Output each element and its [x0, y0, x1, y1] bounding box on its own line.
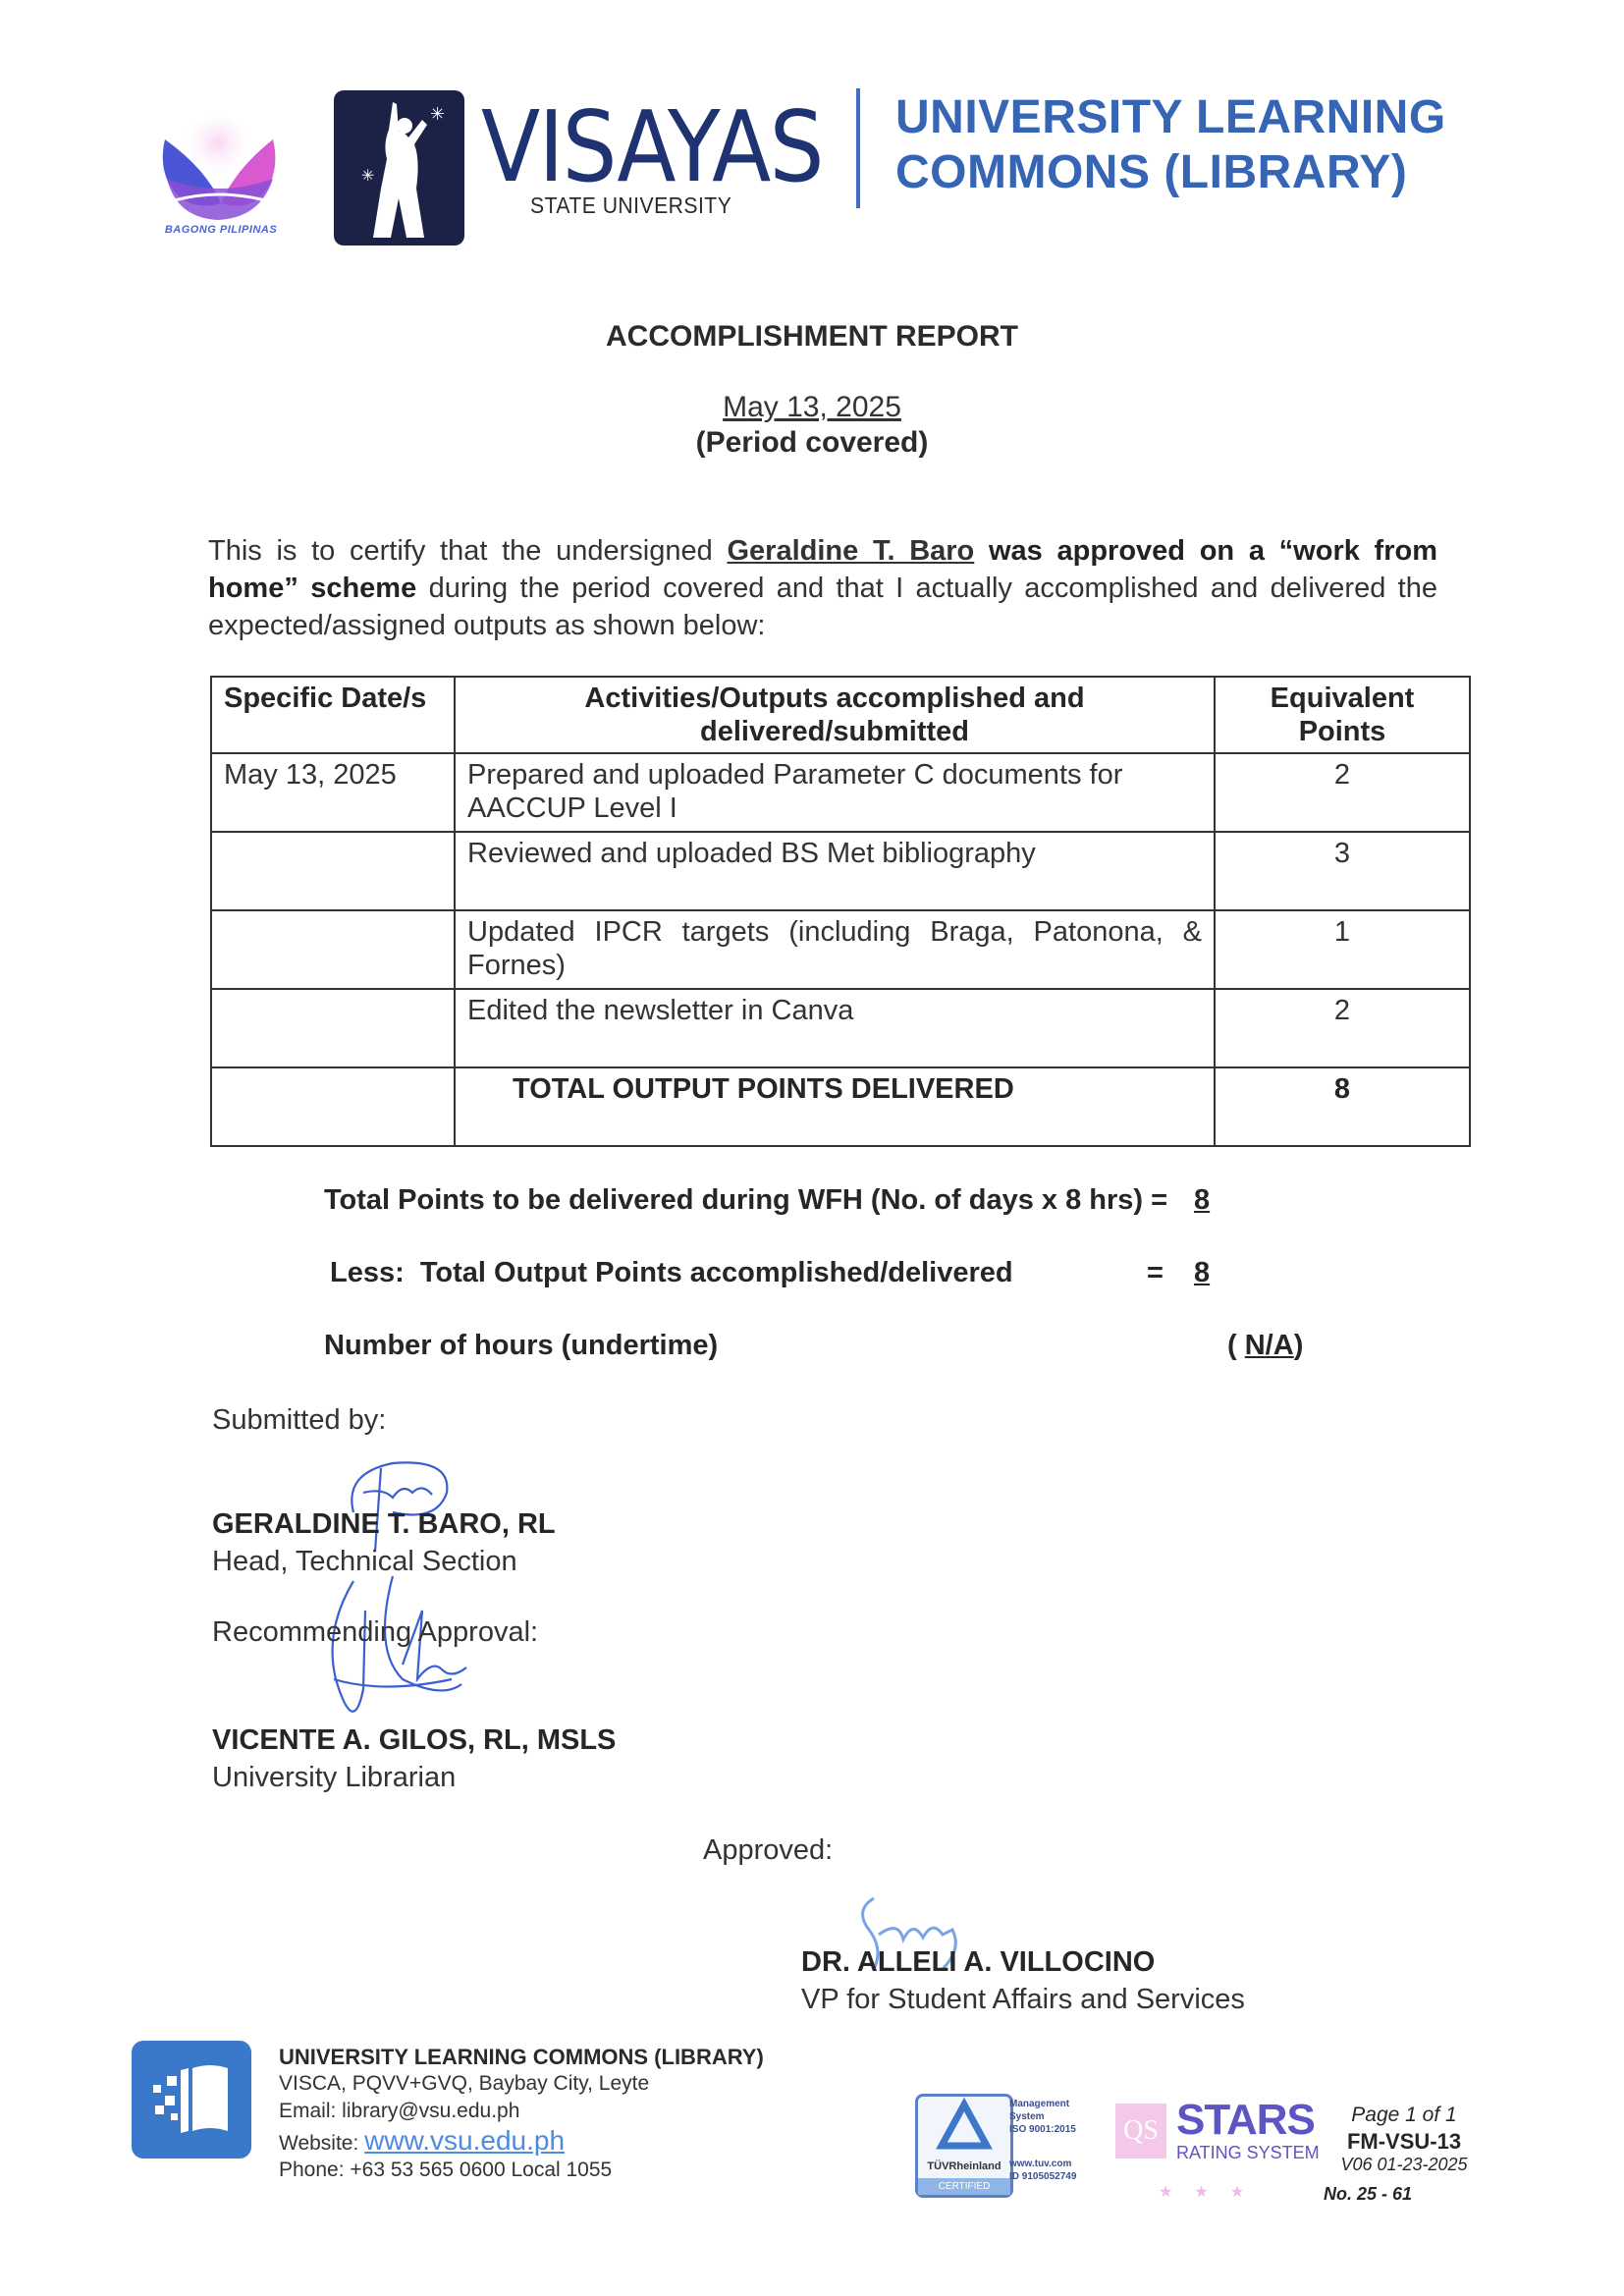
points-to-deliver-value: 8: [1194, 1184, 1210, 1217]
certification-paragraph: This is to certify that the undersigned …: [208, 532, 1437, 644]
approver-name: DR. ALLELI A. VILLOCINO: [801, 1946, 1155, 1979]
row-date: [211, 910, 455, 989]
row-date: [211, 989, 455, 1067]
university-name: VISAYAS: [481, 98, 823, 196]
header-date: Specific Date/s: [211, 677, 455, 753]
footer-office-name: UNIVERSITY LEARNING COMMONS (LIBRARY): [279, 2045, 764, 2070]
row-activity: Reviewed and uploaded BS Met bibliograph…: [455, 832, 1215, 910]
tuv-line: Management: [1009, 2098, 1076, 2110]
tuv-line: www.tuv.com: [1009, 2158, 1076, 2170]
total-points: 8: [1215, 1067, 1470, 1146]
office-title: UNIVERSITY LEARNING COMMONS (LIBRARY): [895, 90, 1446, 200]
tuv-certified: CERTIFIED: [918, 2178, 1010, 2195]
row-points: 1: [1215, 910, 1470, 989]
qs-logo-text: QS: [1115, 2104, 1166, 2159]
submitted-by-label: Submitted by:: [212, 1404, 386, 1437]
footer-phone: Phone: +63 53 565 0600 Local 1055: [279, 2159, 612, 2182]
svg-text:✳: ✳: [430, 104, 445, 125]
tuv-details: Management System ISO 9001:2015 www.tuv.…: [1009, 2098, 1076, 2183]
points-delivered-value: 8: [1194, 1257, 1210, 1289]
report-title: ACCOMPLISHMENT REPORT: [0, 320, 1624, 354]
undertime-label: Number of hours (undertime): [324, 1330, 718, 1362]
recommender-title: University Librarian: [212, 1762, 456, 1794]
undertime-paren-close: ): [1294, 1330, 1304, 1361]
tuv-line: ID 9105052749: [1009, 2170, 1076, 2183]
table-total-row: TOTAL OUTPUT POINTS DELIVERED 8: [211, 1067, 1470, 1146]
footer-website-link[interactable]: www.vsu.edu.ph: [364, 2125, 565, 2156]
row-activity: Prepared and uploaded Parameter C docume…: [455, 753, 1215, 832]
table-row: May 13, 2025 Prepared and uploaded Param…: [211, 753, 1470, 832]
qs-star-rating-icon: ★★★: [1159, 2182, 1266, 2202]
recommender-name: VICENTE A. GILOS, RL, MSLS: [212, 1724, 616, 1757]
period-label: (Period covered): [0, 426, 1624, 460]
recommender-signature-icon: [295, 1571, 491, 1748]
qs-logo-icon: QS: [1115, 2104, 1166, 2159]
table-row: Reviewed and uploaded BS Met bibliograph…: [211, 832, 1470, 910]
tuv-brand: TÜVRheinland: [918, 2160, 1010, 2172]
approved-label: Approved:: [703, 1834, 833, 1867]
library-logo-icon: [132, 2041, 251, 2159]
accomplishment-table: Specific Date/s Activities/Outputs accom…: [210, 676, 1471, 1147]
row-points: 3: [1215, 832, 1470, 910]
table-header-row: Specific Date/s Activities/Outputs accom…: [211, 677, 1470, 753]
recommending-approval-label: Recommending Approval:: [212, 1616, 538, 1649]
points-delivered-equals: =: [1147, 1257, 1164, 1289]
intro-text: This is to certify that the undersigned: [208, 535, 727, 567]
office-title-line2: COMMONS (LIBRARY): [895, 145, 1446, 200]
office-title-line1: UNIVERSITY LEARNING: [895, 90, 1446, 145]
period-date-value: May 13, 2025: [723, 391, 901, 423]
bagong-pilipinas-label: BAGONG PILIPINAS: [137, 224, 304, 236]
period-date: May 13, 2025: [0, 391, 1624, 424]
undertime-paren-open: (: [1227, 1330, 1237, 1361]
svg-text:✳: ✳: [361, 166, 374, 185]
document-number: No. 25 - 61: [1324, 2184, 1412, 2205]
form-version: V06 01-23-2025: [1316, 2155, 1492, 2175]
row-points: 2: [1215, 989, 1470, 1067]
footer-address: VISCA, PQVV+GVQ, Baybay City, Leyte: [279, 2072, 649, 2096]
footer-website: Website: www.vsu.edu.ph: [279, 2125, 565, 2157]
row-activity: Edited the newsletter in Canva: [455, 989, 1215, 1067]
undertime-field: ( N/A): [1227, 1330, 1303, 1362]
qs-rating-system: RATING SYSTEM: [1176, 2143, 1320, 2163]
tuv-line: ISO 9001:2015: [1009, 2123, 1076, 2136]
tuv-triangle-icon: [918, 2097, 1010, 2156]
university-subtitle: STATE UNIVERSITY: [530, 192, 731, 219]
row-date: May 13, 2025: [211, 753, 455, 832]
form-code: FM-VSU-13: [1316, 2129, 1492, 2155]
points-delivered-label: Less: Total Output Points accomplished/d…: [330, 1257, 1013, 1289]
row-points: 2: [1215, 753, 1470, 832]
qs-stars-title: STARS: [1176, 2096, 1315, 2145]
table-row: Edited the newsletter in Canva 2: [211, 989, 1470, 1067]
table-row: Updated IPCR targets (including Braga, P…: [211, 910, 1470, 989]
submitter-name: GERALDINE T. BARO, RL: [212, 1508, 556, 1541]
bagong-pilipinas-logo-icon: [147, 110, 295, 238]
footer-website-label: Website:: [279, 2132, 364, 2155]
footer-email: Email: library@vsu.edu.ph: [279, 2100, 519, 2123]
header-activities: Activities/Outputs accomplished and deli…: [455, 677, 1215, 753]
vsu-seal-logo-icon: ✳ ✳: [334, 90, 464, 246]
total-empty-cell: [211, 1067, 455, 1146]
tuv-certification-badge: TÜVRheinland CERTIFIED: [915, 2094, 1013, 2198]
points-to-deliver-label: Total Points to be delivered during WFH …: [324, 1184, 1167, 1217]
total-label: TOTAL OUTPUT POINTS DELIVERED: [455, 1067, 1215, 1146]
page-number: Page 1 of 1: [1316, 2104, 1492, 2127]
header-points: Equivalent Points: [1215, 677, 1470, 753]
employee-name: Geraldine T. Baro: [727, 535, 974, 567]
approver-title: VP for Student Affairs and Services: [801, 1984, 1245, 2016]
header-divider: [856, 88, 860, 208]
row-date: [211, 832, 455, 910]
undertime-value: N/A: [1245, 1330, 1294, 1361]
tuv-line: System: [1009, 2110, 1076, 2123]
row-activity: Updated IPCR targets (including Braga, P…: [455, 910, 1215, 989]
